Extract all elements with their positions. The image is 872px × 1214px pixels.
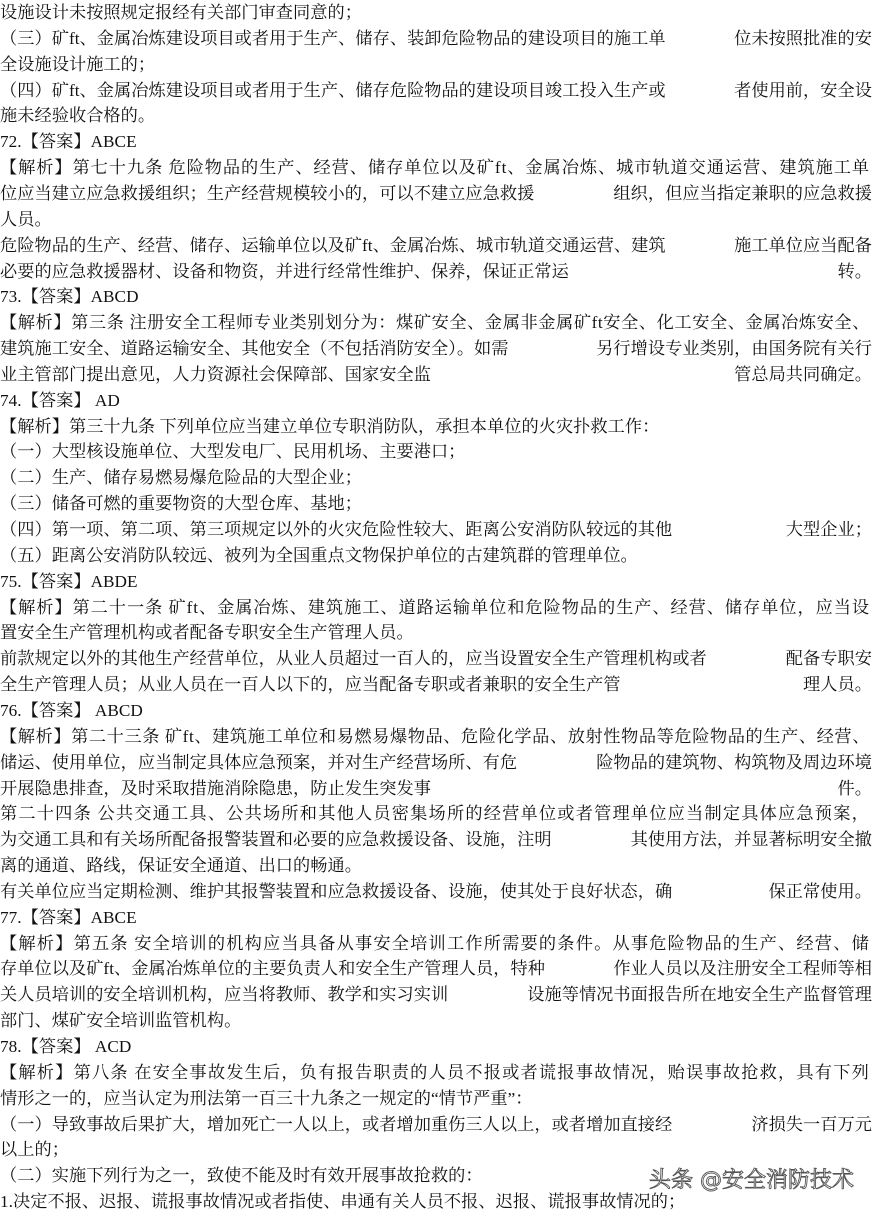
text-line: 76.【答案】 ABCD	[0, 698, 872, 724]
text-segment-continued: 施工单位应当配备	[734, 233, 872, 259]
text-line: （一）导致事故后果扩大，增加死亡一人以上，或者增加重伤三人以上，或者增加直接经济…	[0, 1112, 872, 1138]
text-line: 人员。	[0, 207, 872, 233]
text-segment: 关人员培训的安全培训机构，应当将教师、教学和实习实训	[0, 982, 448, 1008]
text-segment: 位应当建立应急救援组织；生产经营规模较小的，可以不建立应急救援	[0, 181, 534, 207]
text-line: 【解析】第五条 安全培训的机构应当具备从事安全培训工作所需要的条件。从事危险物品…	[0, 931, 872, 957]
text-segment-continued: 件。	[838, 776, 872, 802]
text-segment-continued: 转。	[838, 259, 872, 285]
text-line: （三）矿ft、金属冶炼建设项目或者用于生产、储存、装卸危险物品的建设项目的施工单…	[0, 26, 872, 52]
text-line: （二）生产、储存易燃易爆危险品的大型企业；	[0, 465, 872, 491]
text-segment: 为交通工具和有关场所配备报警装置和必要的应急救援设备、设施，注明	[0, 827, 552, 853]
text-segment: 施未经验收合格的。	[0, 106, 155, 125]
text-segment: 76.【答案】 ABCD	[0, 701, 143, 720]
text-segment-continued: 大型企业；	[786, 517, 872, 543]
text-segment: 前款规定以外的其他生产经营单位，从业人员超过一百人的，应当设置安全生产管理机构或…	[0, 646, 707, 672]
text-segment: 【解析】第三十九条 下列单位应当建立单位专职消防队，承担本单位的火灾扑救工作：	[0, 417, 659, 436]
text-line: 72.【答案】ABCE	[0, 129, 872, 155]
text-segment: （五）距离公安消防队较远、被列为全国重点文物保护单位的古建筑群的管理单位。	[0, 546, 638, 565]
text-line: 部门、煤矿安全培训监管机构。	[0, 1008, 872, 1034]
text-line: 危险物品的生产、经营、储存、运输单位以及矿ft、金属冶炼、城市轨道交通运营、建筑…	[0, 233, 872, 259]
text-line: 74.【答案】 AD	[0, 388, 872, 414]
text-segment-continued: 保正常使用。	[769, 879, 872, 905]
text-segment: 【解析】第五条 安全培训的机构应当具备从事安全培训工作所需要的条件。从事危险物品…	[0, 934, 870, 953]
text-segment: 置安全生产管理机构或者配备专职安全生产管理人员。	[0, 623, 414, 642]
text-line: 情形之一的，应当认定为刑法第一百三十九条之一规定的“情节严重”：	[0, 1086, 872, 1112]
text-line: 设施设计未按照规定报经有关部门审查同意的；	[0, 0, 872, 26]
text-line: 存单位以及矿ft、金属冶炼单位的主要负责人和安全生产管理人员，特种作业人员以及注…	[0, 956, 872, 982]
text-line: 关人员培训的安全培训机构，应当将教师、教学和实习实训设施等情况书面报告所在地安全…	[0, 982, 872, 1008]
text-segment: 建筑施工安全、道路运输安全、其他安全（不包括消防安全）。如需	[0, 336, 509, 362]
text-segment: 储运、使用单位，应当制定具体应急预案，并对生产经营场所、有危	[0, 750, 517, 776]
text-segment-continued: 济损失一百万元	[751, 1112, 872, 1138]
watermark: 头条 @安全消防技术	[649, 1167, 854, 1195]
text-segment-continued: 设施等情况书面报告所在地安全生产监督管理	[527, 982, 872, 1008]
text-segment: 部门、煤矿安全培训监管机构。	[0, 1011, 241, 1030]
text-line: 【解析】第二十三条 矿ft、建筑施工单位和易燃易爆物品、危险化学品、放射性物品等…	[0, 724, 872, 750]
text-segment: 离的通道、路线，保证安全通道、出口的畅通。	[0, 856, 362, 875]
text-line: 第二十四条 公共交通工具、公共场所和其他人员密集场所的经营单位或者管理单位应当制…	[0, 801, 872, 827]
text-line: （一）大型核设施单位、大型发电厂、民用机场、主要港口；	[0, 439, 872, 465]
text-segment: 人员。	[0, 210, 52, 229]
text-segment: 以上的；	[0, 1140, 69, 1159]
text-segment: （一）导致事故后果扩大，增加死亡一人以上，或者增加重伤三人以上，或者增加直接经	[0, 1112, 672, 1138]
text-segment: 设施设计未按照规定报经有关部门审查同意的；	[0, 3, 362, 22]
text-segment: （二）生产、储存易燃易爆危险品的大型企业；	[0, 468, 362, 487]
text-line: 有关单位应当定期检测、维护其报警装置和应急救援设备、设施，使其处于良好状态，确保…	[0, 879, 872, 905]
text-segment: （二）实施下列行为之一，致使不能及时有效开展事故抢救的：	[0, 1166, 483, 1185]
text-line: 75.【答案】ABDE	[0, 569, 872, 595]
text-segment: 存单位以及矿ft、金属冶炼单位的主要负责人和安全生产管理人员，特种	[0, 956, 545, 982]
text-line: 【解析】第三十九条 下列单位应当建立单位专职消防队，承担本单位的火灾扑救工作：	[0, 414, 872, 440]
text-segment-continued: 理人员。	[803, 672, 872, 698]
text-segment: （一）大型核设施单位、大型发电厂、民用机场、主要港口；	[0, 442, 465, 461]
text-segment: 业主管部门提出意见，人力资源社会保障部、国家安全监	[0, 362, 431, 388]
text-line: 【解析】第七十九条 危险物品的生产、经营、储存单位以及矿ft、金属冶炼、城市轨道…	[0, 155, 872, 181]
text-line: 前款规定以外的其他生产经营单位，从业人员超过一百人的，应当设置安全生产管理机构或…	[0, 646, 872, 672]
text-segment: 危险物品的生产、经营、储存、运输单位以及矿ft、金属冶炼、城市轨道交通运营、建筑	[0, 233, 666, 259]
text-segment-continued: 管总局共同确定。	[734, 362, 872, 388]
text-segment: （三）储备可燃的重要物资的大型仓库、基地；	[0, 494, 362, 513]
text-segment: 必要的应急救援器材、设备和物资，并进行经常性维护、保养，保证正常运	[0, 259, 569, 285]
text-segment: 【解析】第三条 注册安全工程师专业类别划分为：煤矿安全、金属非金属矿ft安全、化…	[0, 313, 870, 332]
text-segment: 第二十四条 公共交通工具、公共场所和其他人员密集场所的经营单位或者管理单位应当制…	[0, 804, 870, 823]
text-segment: 72.【答案】ABCE	[0, 132, 137, 151]
text-line: （四）矿ft、金属冶炼建设项目或者用于生产、储存危险物品的建设项目竣工投入生产或…	[0, 78, 872, 104]
document-page: 设施设计未按照规定报经有关部门审查同意的；（三）矿ft、金属冶炼建设项目或者用于…	[0, 0, 872, 1214]
text-segment: 【解析】第二十三条 矿ft、建筑施工单位和易燃易爆物品、危险化学品、放射性物品等…	[0, 727, 870, 746]
text-segment: 有关单位应当定期检测、维护其报警装置和应急救援设备、设施，使其处于良好状态，确	[0, 879, 672, 905]
text-line: 以上的；	[0, 1137, 872, 1163]
text-segment: （四）矿ft、金属冶炼建设项目或者用于生产、储存危险物品的建设项目竣工投入生产或	[0, 78, 666, 104]
text-segment-continued: 险物品的建筑物、构筑物及周边环境	[596, 750, 872, 776]
text-segment: 【解析】第七十九条 危险物品的生产、经营、储存单位以及矿ft、金属冶炼、城市轨道…	[0, 158, 870, 177]
text-segment: 【解析】第二十一条 矿ft、金属冶炼、建筑施工、道路运输单位和危险物品的生产、经…	[0, 598, 870, 617]
text-segment-continued: 组织，但应当指定兼职的应急救援	[613, 181, 872, 207]
text-line: 开展隐患排查，及时采取措施消除隐患，防止发生突发事件。	[0, 776, 872, 802]
text-segment: 73.【答案】ABCD	[0, 287, 139, 306]
text-line: 施未经验收合格的。	[0, 103, 872, 129]
text-line: 业主管部门提出意见，人力资源社会保障部、国家安全监管总局共同确定。	[0, 362, 872, 388]
text-line: 置安全生产管理机构或者配备专职安全生产管理人员。	[0, 620, 872, 646]
text-line: 73.【答案】ABCD	[0, 284, 872, 310]
text-segment: 开展隐患排查，及时采取措施消除隐患，防止发生突发事	[0, 776, 431, 802]
text-segment: 【解析】第八条 在安全事故发生后，负有报告职责的人员不报或者谎报事故情况，贻误事…	[0, 1063, 870, 1082]
text-segment-continued: 作业人员以及注册安全工程师等相	[613, 956, 872, 982]
text-line: （五）距离公安消防队较远、被列为全国重点文物保护单位的古建筑群的管理单位。	[0, 543, 872, 569]
text-line: 77.【答案】ABCE	[0, 905, 872, 931]
text-segment-continued: 配备专职安	[786, 646, 872, 672]
text-segment-continued: 者使用前，安全设	[734, 78, 872, 104]
text-line: 【解析】第八条 在安全事故发生后，负有报告职责的人员不报或者谎报事故情况，贻误事…	[0, 1060, 872, 1086]
text-segment-continued: 另行增设专业类别，由国务院有关行	[596, 336, 872, 362]
text-line: 建筑施工安全、道路运输安全、其他安全（不包括消防安全）。如需另行增设专业类别，由…	[0, 336, 872, 362]
text-segment: 75.【答案】ABDE	[0, 572, 138, 591]
text-line: 全生产管理人员；从业人员在一百人以下的，应当配备专职或者兼职的安全生产管理人员。	[0, 672, 872, 698]
text-line: 全设施设计施工的；	[0, 52, 872, 78]
text-segment: 全设施设计施工的；	[0, 55, 155, 74]
text-line: 【解析】第三条 注册安全工程师专业类别划分为：煤矿安全、金属非金属矿ft安全、化…	[0, 310, 872, 336]
text-line: （四）第一项、第二项、第三项规定以外的火灾危险性较大、距离公安消防队较远的其他大…	[0, 517, 872, 543]
text-line: 离的通道、路线，保证安全通道、出口的畅通。	[0, 853, 872, 879]
text-line: 为交通工具和有关场所配备报警装置和必要的应急救援设备、设施，注明其使用方法，并显…	[0, 827, 872, 853]
text-segment: 全生产管理人员；从业人员在一百人以下的，应当配备专职或者兼职的安全生产管	[0, 672, 621, 698]
text-segment: 74.【答案】 AD	[0, 391, 120, 410]
text-segment: 情形之一的，应当认定为刑法第一百三十九条之一规定的“情节严重”：	[0, 1089, 533, 1108]
text-segment-continued: 其使用方法，并显著标明安全撤	[631, 827, 872, 853]
text-segment: 1.决定不报、迟报、谎报事故情况或者指使、串通有关人员不报、迟报、谎报事故情况的…	[0, 1192, 685, 1211]
text-line: 储运、使用单位，应当制定具体应急预案，并对生产经营场所、有危险物品的建筑物、构筑…	[0, 750, 872, 776]
text-segment: 77.【答案】ABCE	[0, 908, 137, 927]
text-segment-continued: 位未按照批准的安	[734, 26, 872, 52]
text-segment: （四）第一项、第二项、第三项规定以外的火灾危险性较大、距离公安消防队较远的其他	[0, 517, 672, 543]
text-segment: （三）矿ft、金属冶炼建设项目或者用于生产、储存、装卸危险物品的建设项目的施工单	[0, 26, 666, 52]
text-segment: 78.【答案】 ACD	[0, 1037, 131, 1056]
text-line: 78.【答案】 ACD	[0, 1034, 872, 1060]
text-line: （三）储备可燃的重要物资的大型仓库、基地；	[0, 491, 872, 517]
text-line: 必要的应急救援器材、设备和物资，并进行经常性维护、保养，保证正常运转。	[0, 259, 872, 285]
text-line: 位应当建立应急救援组织；生产经营规模较小的，可以不建立应急救援组织，但应当指定兼…	[0, 181, 872, 207]
text-line: 【解析】第二十一条 矿ft、金属冶炼、建筑施工、道路运输单位和危险物品的生产、经…	[0, 595, 872, 621]
